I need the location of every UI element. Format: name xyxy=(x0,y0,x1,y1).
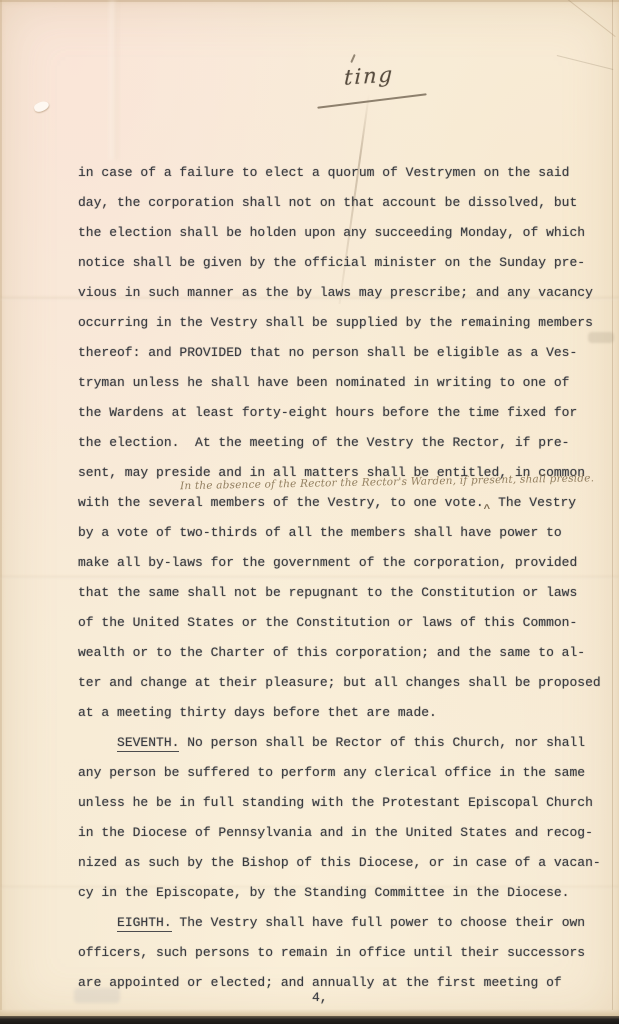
page-left-edge xyxy=(0,0,2,1010)
text-line: thereof: and PROVIDED that no person sha… xyxy=(78,338,613,368)
document-page: ting in case of a failure to elect a quo… xyxy=(0,0,619,1024)
text-line: EIGHTH. The Vestry shall have full power… xyxy=(78,908,613,938)
text-line: at a meeting thirty days before thet are… xyxy=(78,698,613,728)
scan-background-strip xyxy=(0,1016,619,1024)
line-text: in case of a failure to elect a quorum o… xyxy=(78,165,569,180)
text-line: with the several members of the Vestry, … xyxy=(78,488,613,518)
pencil-scratch xyxy=(557,55,614,70)
pencil-tick-mark xyxy=(350,54,355,63)
line-text: of the United States or the Constitution… xyxy=(78,615,577,630)
line-text: unless he be in full standing with the P… xyxy=(78,795,593,810)
text-line: of the United States or the Constitution… xyxy=(78,608,613,638)
text-line: make all by-laws for the government of t… xyxy=(78,548,613,578)
page-number: 4, xyxy=(312,990,328,1005)
line-text: in the Diocese of Pennsylvania and in th… xyxy=(78,825,593,840)
underlined-heading: EIGHTH. xyxy=(117,915,172,932)
line-text: wealth or to the Charter of this corpora… xyxy=(78,645,585,660)
text-line: in the Diocese of Pennsylvania and in th… xyxy=(78,818,613,848)
line-text: The Vestry xyxy=(490,495,576,510)
line-text: day, the corporation shall not on that a… xyxy=(78,195,577,210)
line-text: The Vestry shall have full power to choo… xyxy=(172,915,585,930)
top-right-corner-fold xyxy=(558,0,615,37)
line-text: No person shall be Rector of this Church… xyxy=(179,735,585,750)
line-text: the election. At the meeting of the Vest… xyxy=(78,435,569,450)
text-line: notice shall be given by the official mi… xyxy=(78,248,613,278)
text-line: occurring in the Vestry shall be supplie… xyxy=(78,308,613,338)
text-line: wealth or to the Charter of this corpora… xyxy=(78,638,613,668)
text-line: day, the corporation shall not on that a… xyxy=(78,188,613,218)
line-text: notice shall be given by the official mi… xyxy=(78,255,585,270)
line-text: the election shall be holden upon any su… xyxy=(78,225,585,240)
underlined-heading: SEVENTH. xyxy=(117,735,179,752)
text-line: nized as such by the Bishop of this Dioc… xyxy=(78,848,613,878)
paragraph-indent xyxy=(78,915,117,930)
text-line: vious in such manner as the by laws may … xyxy=(78,278,613,308)
line-text: that the same shall not be repugnant to … xyxy=(78,585,577,600)
line-text: the Wardens at least forty-eight hours b… xyxy=(78,405,577,420)
text-line: are appointed or elected; and annually a… xyxy=(78,968,613,998)
text-line: the election. At the meeting of the Vest… xyxy=(78,428,613,458)
insertion-caret: ^ xyxy=(484,504,491,516)
line-text: are appointed or elected; and annually a… xyxy=(78,975,562,990)
line-text: ter and change at their pleasure; but al… xyxy=(78,675,601,690)
pencil-strike-line xyxy=(317,93,426,108)
text-line: that the same shall not be repugnant to … xyxy=(78,578,613,608)
page-top-edge xyxy=(0,0,619,2)
text-line: unless he be in full standing with the P… xyxy=(78,788,613,818)
line-text: tryman unless he shall have been nominat… xyxy=(78,375,569,390)
text-line: the Wardens at least forty-eight hours b… xyxy=(78,398,613,428)
typewritten-body: in case of a failure to elect a quorum o… xyxy=(78,158,613,998)
line-text: make all by-laws for the government of t… xyxy=(78,555,577,570)
line-text: thereof: and PROVIDED that no person sha… xyxy=(78,345,577,360)
paper-nick xyxy=(33,99,50,113)
handwritten-top-note: ting xyxy=(344,62,395,90)
text-line: ter and change at their pleasure; but al… xyxy=(78,668,613,698)
text-line: SEVENTH. No person shall be Rector of th… xyxy=(78,728,613,758)
text-line: tryman unless he shall have been nominat… xyxy=(78,368,613,398)
paper-crease xyxy=(110,0,118,160)
text-line: in case of a failure to elect a quorum o… xyxy=(78,158,613,188)
line-text: by a vote of two-thirds of all the membe… xyxy=(78,525,562,540)
line-text: occurring in the Vestry shall be supplie… xyxy=(78,315,593,330)
line-text: officers, such persons to remain in offi… xyxy=(78,945,585,960)
text-line: any person be suffered to perform any cl… xyxy=(78,758,613,788)
line-text: cy in the Episcopate, by the Standing Co… xyxy=(78,885,569,900)
text-line: officers, such persons to remain in offi… xyxy=(78,938,613,968)
line-text: with the several members of the Vestry, … xyxy=(78,495,484,510)
line-text: nized as such by the Bishop of this Dioc… xyxy=(78,855,601,870)
paragraph-indent xyxy=(78,735,117,750)
text-line: the election shall be holden upon any su… xyxy=(78,218,613,248)
line-text: at a meeting thirty days before thet are… xyxy=(78,705,437,720)
text-line: by a vote of two-thirds of all the membe… xyxy=(78,518,613,548)
line-text: any person be suffered to perform any cl… xyxy=(78,765,585,780)
line-text: vious in such manner as the by laws may … xyxy=(78,285,593,300)
page-bottom-edge xyxy=(0,1009,619,1016)
text-line: cy in the Episcopate, by the Standing Co… xyxy=(78,878,613,908)
